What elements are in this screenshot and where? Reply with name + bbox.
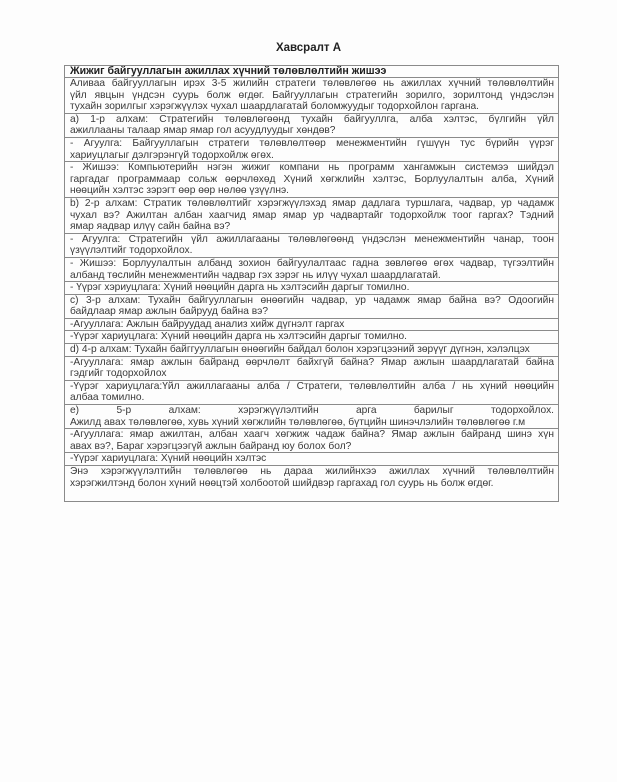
- row-text-line: тухайн зорилгыг хэрэгжүүлэх чухал шаардл…: [70, 101, 554, 113]
- table-row: - Агуулга: Стратегийн үйл ажиллагааны тө…: [65, 234, 558, 258]
- row-text-line: чухал вэ? Ажилтан албан хаагчид ямар яма…: [70, 210, 554, 222]
- row-text-line: -Агууллага: Ажлын байруудад анализ хийж …: [70, 319, 554, 331]
- table-row: - Жишээ: Компьютерийн нэгэн жижиг компан…: [65, 162, 558, 198]
- row-text-line: албанд төслийн менежментийн чадвар гэх з…: [70, 270, 554, 282]
- row-text-line: d) 4-р алхам: Тухайн байггууллагын өнөөг…: [70, 344, 554, 356]
- row-text-line: -Үүрэг хариуцлага:Үйл ажиллагааны алба /…: [70, 381, 554, 393]
- row-text-line: - Жишээ: Борлуулалтын албанд зохион байг…: [70, 258, 554, 270]
- row-text-line: хариуцлагыг дэлгэрэнгүй тодорхойлж өгөх.: [70, 150, 554, 162]
- row-text-line: - Агуулга: Стратегийн үйл ажиллагааны тө…: [70, 234, 554, 246]
- table-row: Аливаа байгууллагын ирэх 3-5 жилийн стра…: [65, 78, 558, 114]
- table-row: -Агууллага: Ажлын байруудад анализ хийж …: [65, 319, 558, 332]
- row-text-line: Энэ хэрэгжүүлэлтийн төлөвлөгөө нь дараа …: [70, 466, 554, 478]
- table-row: c) 3-р алхам: Тухайн байгууллагын өнөөги…: [65, 295, 558, 319]
- table-row: -Агууллага: ямар ажлын байранд өөрчлөлт …: [65, 357, 558, 381]
- row-text-line: нөөцийн хэлтэс зэрэгт өөр өөр нөлөө үзүү…: [70, 185, 554, 197]
- row-text-line: гэдгийг тодорхойлох: [70, 368, 554, 380]
- row-text-line: а) 1-р алхам: Стратегийн төлөвлөгөөнд ту…: [70, 114, 554, 126]
- row-text-line: албаа томилно.: [70, 392, 554, 404]
- table-row: d) 4-р алхам: Тухайн байггууллагын өнөөг…: [65, 344, 558, 357]
- table-row: -Үүрэг хариуцлага: Хүний нөөцийн хэлтэс: [65, 453, 558, 466]
- row-text-line: -Агууллага: ямар ажлын байранд өөрчлөлт …: [70, 357, 554, 369]
- row-text-line: - Жишээ: Компьютерийн нэгэн жижиг компан…: [70, 162, 554, 174]
- row-text-line: - Үүрэг хэриуцлага: Хүний нөөцийн дарга …: [70, 282, 554, 294]
- page-title: Хавсралт А: [0, 42, 617, 54]
- table-row: -Үүрэг хариуцлага: Хүний нөөцийн дарга н…: [65, 331, 558, 344]
- table-header-text: Жижиг байгууллагын ажиллах хүчний төлөвл…: [70, 66, 554, 77]
- row-text-line: үзүүлэлтийг тодорхойлох.: [70, 245, 554, 257]
- table-row: -Агууллага: ямар ажилтан, албан хаагч хө…: [65, 429, 558, 453]
- table-header: Жижиг байгууллагын ажиллах хүчний төлөвл…: [65, 66, 558, 78]
- row-text-line: авах вэ?, Бараг хэрэгцээгүй ажлын байран…: [70, 441, 554, 453]
- row-text-line: е) 5-р алхам: хэрэгжүүлэлтийн арга барил…: [70, 405, 554, 417]
- row-text-line: -Үүрэг хариуцлага: Хүний нөөцийн хэлтэс: [70, 453, 554, 465]
- table-row: b) 2-р алхам: Стратик төлөвлөлтийг хэрэг…: [65, 198, 558, 234]
- table-row: - Агуулга: Байгууллагын стратеги төлөвлө…: [65, 138, 558, 162]
- row-text-line: - Агуулга: Байгууллагын стратеги төлөвлө…: [70, 138, 554, 150]
- row-text-line: c) 3-р алхам: Тухайн байгууллагын өнөөги…: [70, 295, 554, 307]
- row-text-line: байдлаар ямар ажлын байрууд байна вэ?: [70, 306, 554, 318]
- row-text-line: Аливаа байгууллагын ирэх 3-5 жилийн стра…: [70, 78, 554, 90]
- table-row: - Жишээ: Борлуулалтын албанд зохион байг…: [65, 258, 558, 282]
- row-text-line: -Агууллага: ямар ажилтан, албан хаагч хө…: [70, 429, 554, 441]
- table-row: е) 5-р алхам: хэрэгжүүлэлтийн арга барил…: [65, 405, 558, 429]
- row-text-line: ажиллааны талаар ямар ямар гол асуудлууд…: [70, 125, 554, 137]
- document-table: Жижиг байгууллагын ажиллах хүчний төлөвл…: [64, 65, 559, 502]
- table-row: а) 1-р алхам: Стратегийн төлөвлөгөөнд ту…: [65, 114, 558, 138]
- table-row: - Үүрэг хэриуцлага: Хүний нөөцийн дарга …: [65, 282, 558, 295]
- row-text-line: -Үүрэг хариуцлага: Хүний нөөцийн дарга н…: [70, 331, 554, 343]
- row-text-line: үйл явцын үндсэн суурь болж өгдөг. Байгу…: [70, 90, 554, 102]
- table-row: -Үүрэг хариуцлага:Үйл ажиллагааны алба /…: [65, 381, 558, 405]
- table-row: Энэ хэрэгжүүлэлтийн төлөвлөгөө нь дараа …: [65, 466, 558, 501]
- row-text-line: хэрэгжилтэнд болон хүний нөөцтэй холбоот…: [70, 478, 554, 490]
- row-text-line: b) 2-р алхам: Стратик төлөвлөлтийг хэрэг…: [70, 198, 554, 210]
- row-text-line: Ажилд авах төлөвлөгөө, хувь хүний хөгжли…: [70, 417, 554, 429]
- row-text-line: ямар яадвар илүү сайн байна вэ?: [70, 221, 554, 233]
- row-text-line: гаргадаг программаар сольж өөрчлөхөд Хүн…: [70, 174, 554, 186]
